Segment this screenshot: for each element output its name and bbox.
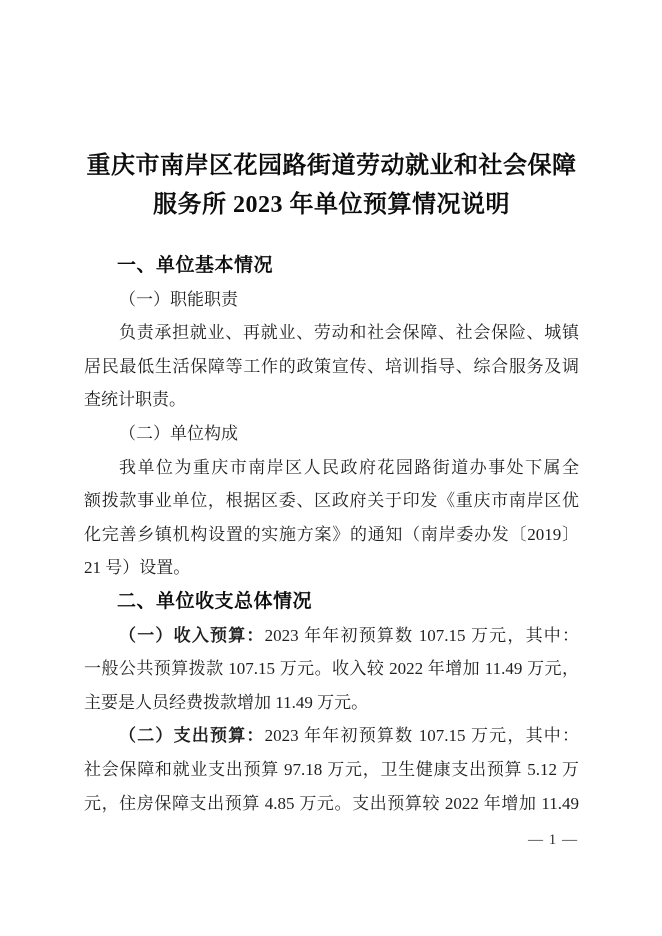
paragraph-composition-line-4: 21 号）设置。 [84, 551, 579, 585]
revenue-label: （一）收入预算： [119, 626, 265, 645]
paragraph-expenditure-line-2: 社会保障和就业支出预算 97.18 万元，卫生健康支出预算 5.12 万 [84, 753, 579, 787]
revenue-text: 2023 年年初预算数 107.15 万元，其中： [265, 626, 579, 645]
paragraph-revenue-line-3: 主要是人员经费拨款增加 11.49 万元。 [84, 686, 579, 720]
paragraph-duties-line-3: 查统计职责。 [84, 383, 579, 417]
section-heading-revenue-expenditure: 二、单位收支总体情况 [84, 585, 579, 619]
document-body: 一、单位基本情况 （一）职能职责 负责承担就业、再就业、劳动和社会保障、社会保险… [84, 249, 579, 820]
title-line-2: 服务所 2023 年单位预算情况说明 [84, 186, 579, 225]
paragraph-composition-line-3: 化完善乡镇机构设置的实施方案》的通知（南岸委办发〔2019〕 [84, 518, 579, 552]
paragraph-composition-line-1: 我单位为重庆市南岸区人民政府花园路街道办事处下属全 [84, 451, 579, 485]
paragraph-duties-line-2: 居民最低生活保障等工作的政策宣传、培训指导、综合服务及调 [84, 350, 579, 384]
paragraph-expenditure-line-1: （二）支出预算：2023 年年初预算数 107.15 万元，其中： [84, 719, 579, 753]
paragraph-duties-line-1: 负责承担就业、再就业、劳动和社会保障、社会保险、城镇 [84, 316, 579, 350]
section-heading-basic-info: 一、单位基本情况 [84, 249, 579, 283]
paragraph-composition-line-2: 额拨款事业单位，根据区委、区政府关于印发《重庆市南岸区优 [84, 484, 579, 518]
expenditure-text: 2023 年年初预算数 107.15 万元，其中： [265, 726, 579, 745]
paragraph-expenditure-line-3: 元，住房保障支出预算 4.85 万元。支出预算较 2022 年增加 11.49 [84, 787, 579, 821]
subheading-duties: （一）职能职责 [84, 283, 579, 317]
paragraph-revenue-line-2: 一般公共预算拨款 107.15 万元。收入较 2022 年增加 11.49 万元… [84, 652, 579, 686]
paragraph-revenue-line-1: （一）收入预算：2023 年年初预算数 107.15 万元，其中： [84, 619, 579, 653]
subheading-composition: （二）单位构成 [84, 417, 579, 451]
document-page: 重庆市南岸区花园路街道劳动就业和社会保障 服务所 2023 年单位预算情况说明 … [0, 0, 662, 936]
title-line-1: 重庆市南岸区花园路街道劳动就业和社会保障 [84, 147, 579, 186]
document-title: 重庆市南岸区花园路街道劳动就业和社会保障 服务所 2023 年单位预算情况说明 [84, 147, 579, 225]
page-number: — 1 — [528, 831, 578, 849]
expenditure-label: （二）支出预算： [119, 726, 265, 745]
